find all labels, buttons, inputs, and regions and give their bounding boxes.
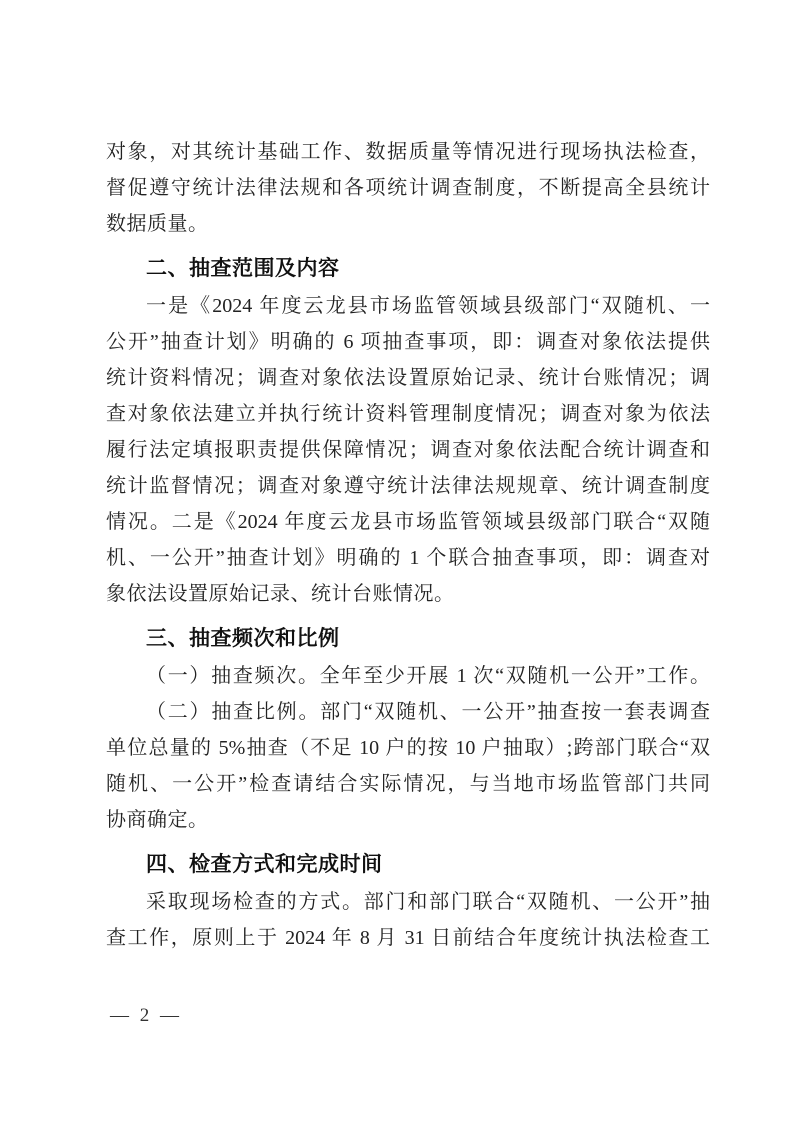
paragraph-line: 数据质量。 [106,206,710,242]
paragraph-line: （二）抽查比例。部门“双随机、一公开”抽查按一套表调查 [106,694,710,730]
section-heading-frequency: 三、抽查频次和比例 [106,620,710,656]
paragraph-line: 对象，对其统计基础工作、数据质量等情况进行现场执法检查， [106,134,710,170]
paragraph-line: 查工作，原则上于 2024 年 8 月 31 日前结合年度统计执法检查工 [106,920,710,956]
paragraph-line: 督促遵守统计法律法规和各项统计调查制度，不断提高全县统计 [106,170,710,206]
page-number: — 2 — [110,1005,182,1026]
document-content: 对象，对其统计基础工作、数据质量等情况进行现场执法检查， 督促遵守统计法律法规和… [106,134,710,956]
paragraph-line: 情况。二是《2024 年度云龙县市场监管领域县级部门联合“双随 [106,504,710,540]
paragraph-line: 采取现场检查的方式。部门和部门联合“双随机、一公开”抽 [106,884,710,920]
document-page: 对象，对其统计基础工作、数据质量等情况进行现场执法检查， 督促遵守统计法律法规和… [0,0,793,1122]
paragraph-line: 协商确定。 [106,802,710,838]
paragraph-line: 一是《2024 年度云龙县市场监管领域县级部门“双随机、一 [106,288,710,324]
paragraph-line: 机、一公开”抽查计划》明确的 1 个联合抽查事项，即：调查对 [106,540,710,576]
paragraph-line: 单位总量的 5%抽查（不足 10 户的按 10 户抽取）;跨部门联合“双 [106,730,710,766]
paragraph-line: 履行法定填报职责提供保障情况；调查对象依法配合统计调查和 [106,432,710,468]
paragraph-line: 统计资料情况；调查对象依法设置原始记录、统计台账情况；调 [106,360,710,396]
paragraph-line: 查对象依法建立并执行统计资料管理制度情况；调查对象为依法 [106,396,710,432]
paragraph-line: 公开”抽查计划》明确的 6 项抽查事项，即：调查对象依法提供 [106,324,710,360]
section-heading-method: 四、检查方式和完成时间 [106,846,710,882]
paragraph-line: （一）抽查频次。全年至少开展 1 次“双随机一公开”工作。 [106,658,710,694]
section-heading-scope: 二、抽查范围及内容 [106,250,710,286]
paragraph-line: 统计监督情况；调查对象遵守统计法律法规规章、统计调查制度 [106,468,710,504]
paragraph-line: 随机、一公开”检查请结合实际情况，与当地市场监管部门共同 [106,766,710,802]
page-footer: — 2 — [110,1003,182,1029]
paragraph-line: 象依法设置原始记录、统计台账情况。 [106,576,710,612]
